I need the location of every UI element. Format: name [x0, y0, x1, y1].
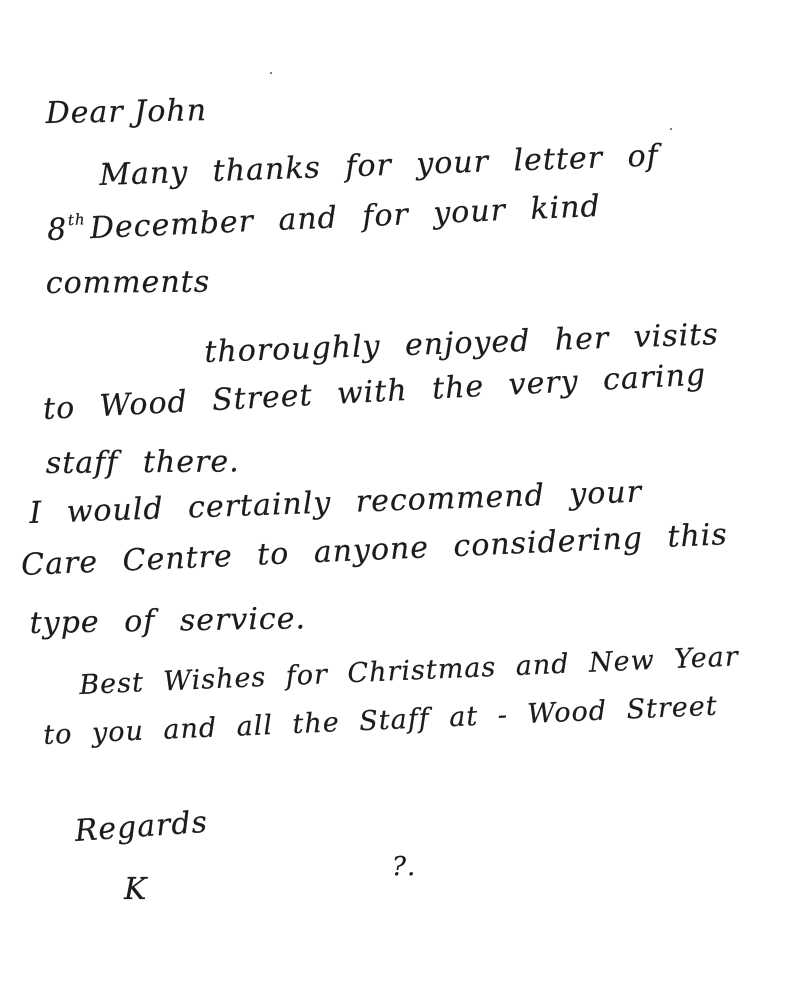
date-day: 8: [46, 212, 68, 248]
ink-speck: [270, 72, 272, 74]
paragraph1-line2: 8thDecember and for your kind: [46, 188, 601, 248]
ink-speck: [670, 128, 672, 130]
paragraph2-line6: type of service.: [29, 601, 306, 641]
handwritten-letter: Dear John Many thanks for your letter of…: [0, 0, 800, 1002]
paragraph2-line4: I would certainly recommend your: [29, 475, 643, 531]
paragraph1-line3: comments: [46, 265, 211, 301]
closing: Regards: [74, 805, 209, 849]
date-suffix: th: [68, 210, 86, 229]
salutation: Dear John: [45, 93, 207, 131]
signature-initial: K: [124, 872, 147, 907]
paragraph2-line2: to Wood Street with the very caring: [42, 357, 707, 427]
paragraph3-line2: to you and all the Staff at - Wood Stree…: [43, 691, 719, 751]
paragraph1-line2-text: December and for your kind: [89, 189, 601, 246]
paragraph3-line1: Best Wishes for Christmas and New Year: [79, 641, 740, 701]
paragraph1-line1: Many thanks for your letter of: [99, 138, 659, 193]
paragraph2-line3: staff there.: [46, 444, 240, 481]
second-initial: ?.: [392, 852, 416, 882]
